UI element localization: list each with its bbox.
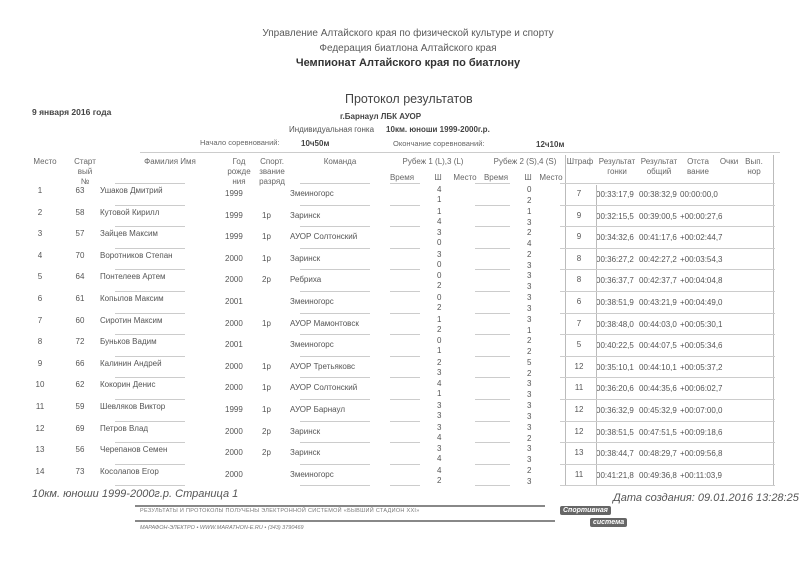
grid-line bbox=[140, 152, 780, 153]
athlete-name: Черепанов Семен bbox=[100, 445, 167, 454]
range1-shots-b: 0 bbox=[437, 260, 441, 269]
col-name: Фамилия Имя bbox=[120, 157, 220, 167]
grid-line bbox=[300, 205, 370, 206]
penalty: 13 bbox=[570, 448, 588, 457]
grid-line bbox=[115, 226, 185, 227]
race-result: 00:41:21,8 bbox=[596, 471, 634, 480]
range2-shots-b: 2 bbox=[527, 196, 531, 205]
penalty: 7 bbox=[570, 319, 588, 328]
range2-shots-b: 2 bbox=[527, 434, 531, 443]
col-range2-place: Место bbox=[536, 173, 566, 183]
grid-line bbox=[300, 356, 370, 357]
grid-line bbox=[475, 226, 510, 227]
grid-line bbox=[560, 291, 775, 292]
range1-shots-a: 3 bbox=[437, 250, 441, 259]
grid-line bbox=[475, 313, 510, 314]
team: АУОР Солтонский bbox=[290, 232, 357, 241]
event-date: 9 января 2016 года bbox=[32, 107, 111, 117]
footer-band-text: РЕЗУЛЬТАТЫ И ПРОТОКОЛЫ ПОЛУЧЕНЫ ЭЛЕКТРОН… bbox=[140, 508, 420, 514]
range1-shots-b: 0 bbox=[437, 238, 441, 247]
range1-shots-b: 2 bbox=[437, 303, 441, 312]
grid-line bbox=[300, 269, 370, 270]
total-result: 00:43:21,9 bbox=[639, 298, 677, 307]
grid-line bbox=[390, 399, 420, 400]
bib: 62 bbox=[70, 380, 90, 389]
team: Змеиногорс bbox=[290, 297, 334, 306]
athlete-name: Копылов Максим bbox=[100, 294, 164, 303]
grid-line bbox=[475, 356, 510, 357]
team: Змеиногорс bbox=[290, 189, 334, 198]
range2-shots-a: 2 bbox=[527, 336, 531, 345]
grid-line bbox=[115, 334, 185, 335]
range2-shots-b: 1 bbox=[527, 326, 531, 335]
bib: 58 bbox=[70, 208, 90, 217]
range2-shots-a: 2 bbox=[527, 228, 531, 237]
race-result: 00:38:44,7 bbox=[596, 449, 634, 458]
grid-line bbox=[300, 442, 370, 443]
grid-line bbox=[300, 248, 370, 249]
range2-shots-b: 4 bbox=[527, 239, 531, 248]
race-result: 00:38:48,0 bbox=[596, 320, 634, 329]
range2-shots-b: 3 bbox=[527, 455, 531, 464]
start-value: 10ч50м bbox=[301, 139, 329, 148]
col-gap: Отставание bbox=[680, 157, 716, 177]
range2-shots-a: 3 bbox=[527, 401, 531, 410]
grid-line bbox=[475, 334, 510, 335]
race-result: 00:36:27,2 bbox=[596, 255, 634, 264]
race-result: 00:38:51,5 bbox=[596, 428, 634, 437]
grid-line bbox=[475, 442, 510, 443]
gap: +00:06:02,7 bbox=[680, 384, 722, 393]
range2-shots-a: 3 bbox=[527, 293, 531, 302]
birth-year: 2000 bbox=[225, 470, 243, 479]
athlete-name: Зайцев Максим bbox=[100, 229, 158, 238]
sport-rank: 2р bbox=[262, 448, 271, 457]
athlete-name: Кутовой Кирилл bbox=[100, 208, 159, 217]
race-result: 00:36:32,9 bbox=[596, 406, 634, 415]
total-result: 00:41:17,6 bbox=[639, 233, 677, 242]
col-range1-place: Место bbox=[450, 173, 480, 183]
grid-line bbox=[560, 269, 775, 270]
grid-line bbox=[390, 313, 420, 314]
team: Заринск bbox=[290, 254, 320, 263]
birth-year: 2000 bbox=[225, 254, 243, 263]
grid-line bbox=[300, 421, 370, 422]
athlete-name: Шевляков Виктор bbox=[100, 402, 165, 411]
range2-shots-b: 2 bbox=[527, 347, 531, 356]
grid-line bbox=[115, 269, 185, 270]
birth-year: 2001 bbox=[225, 297, 243, 306]
birth-year: 2000 bbox=[225, 275, 243, 284]
footer-rule-bottom bbox=[135, 520, 555, 522]
grid-line bbox=[115, 399, 185, 400]
range1-shots-b: 4 bbox=[437, 433, 441, 442]
place: 1 bbox=[30, 186, 50, 195]
grid-line bbox=[560, 334, 775, 335]
place: 7 bbox=[30, 316, 50, 325]
range1-shots-b: 4 bbox=[437, 217, 441, 226]
col-bib: Стартвый№ bbox=[68, 157, 102, 187]
team: Заринск bbox=[290, 211, 320, 220]
penalty: 12 bbox=[570, 405, 588, 414]
penalty: 9 bbox=[570, 232, 588, 241]
range1-shots-b: 1 bbox=[437, 346, 441, 355]
team: АУОР Третьяковс bbox=[290, 362, 355, 371]
grid-line bbox=[560, 377, 775, 378]
place: 2 bbox=[30, 208, 50, 217]
birth-year: 1999 bbox=[225, 211, 243, 220]
end-label: Окончание соревнований: bbox=[393, 139, 485, 148]
range1-shots-a: 0 bbox=[437, 271, 441, 280]
col-year: Годрождения bbox=[225, 157, 253, 187]
team: Заринск bbox=[290, 427, 320, 436]
birth-year: 2001 bbox=[225, 340, 243, 349]
sport-rank: 1р bbox=[262, 211, 271, 220]
range1-shots-a: 4 bbox=[437, 466, 441, 475]
range1-shots-b: 2 bbox=[437, 281, 441, 290]
range2-shots-a: 5 bbox=[527, 358, 531, 367]
team: Змеиногорс bbox=[290, 340, 334, 349]
range1-shots-b: 3 bbox=[437, 411, 441, 420]
birth-year: 1999 bbox=[225, 189, 243, 198]
total-result: 00:49:36,8 bbox=[639, 471, 677, 480]
grid-line bbox=[300, 291, 370, 292]
gap: +00:04:04,8 bbox=[680, 276, 722, 285]
grid-line bbox=[475, 464, 510, 465]
penalty: 11 bbox=[570, 383, 588, 392]
range1-shots-b: 3 bbox=[437, 368, 441, 377]
col-range2: Рубеж 2 (S),4 (S) bbox=[480, 157, 570, 167]
col-range1: Рубеж 1 (L),3 (L) bbox=[388, 157, 478, 167]
col-place: Место bbox=[30, 157, 60, 167]
athlete-name: Косолапов Егор bbox=[100, 467, 159, 476]
grid-line bbox=[300, 464, 370, 465]
bib: 63 bbox=[70, 186, 90, 195]
championship-title: Чемпионат Алтайского края по биатлону bbox=[8, 57, 800, 69]
grid-line bbox=[560, 399, 775, 400]
grid-line bbox=[475, 205, 510, 206]
grid-line bbox=[390, 205, 420, 206]
footer-contact: МАРАФОН-ЭЛЕКТРО • WWW.MARATHON-E.RU • (3… bbox=[140, 525, 304, 531]
range1-shots-a: 4 bbox=[437, 379, 441, 388]
bib: 66 bbox=[70, 359, 90, 368]
race-result: 00:35:10,1 bbox=[596, 363, 634, 372]
grid-line bbox=[390, 334, 420, 335]
col-range1-time: Время bbox=[388, 173, 416, 183]
place: 11 bbox=[30, 402, 50, 411]
bib: 56 bbox=[70, 445, 90, 454]
grid-line bbox=[475, 248, 510, 249]
grid-line bbox=[300, 399, 370, 400]
range1-shots-b: 2 bbox=[437, 476, 441, 485]
federation-title: Федерация биатлона Алтайского края bbox=[8, 43, 800, 54]
range2-shots-b: 3 bbox=[527, 218, 531, 227]
grid-line bbox=[390, 464, 420, 465]
range1-shots-a: 3 bbox=[437, 423, 441, 432]
range2-shots-a: 3 bbox=[527, 315, 531, 324]
venue: г.Барнаул ЛБК АУОР bbox=[340, 112, 421, 121]
grid-line bbox=[115, 248, 185, 249]
grid-line bbox=[115, 442, 185, 443]
range1-shots-b: 4 bbox=[437, 454, 441, 463]
system-logo: Спортивная система bbox=[560, 506, 655, 536]
athlete-name: Ушаков Дмитрий bbox=[100, 186, 163, 195]
team: Ребриха bbox=[290, 275, 321, 284]
birth-year: 1999 bbox=[225, 232, 243, 241]
range2-shots-b: 3 bbox=[527, 282, 531, 291]
grid-line bbox=[475, 485, 510, 486]
col-penalty: Штраф bbox=[565, 157, 595, 167]
sport-rank: 2р bbox=[262, 427, 271, 436]
sport-rank: 1р bbox=[262, 232, 271, 241]
grid-line bbox=[560, 313, 775, 314]
birth-year: 1999 bbox=[225, 405, 243, 414]
col-range2-shots: Ш bbox=[522, 173, 534, 183]
sport-rank: 1р bbox=[262, 254, 271, 263]
place: 5 bbox=[30, 272, 50, 281]
place: 10 bbox=[30, 380, 50, 389]
penalty: 7 bbox=[570, 189, 588, 198]
total-result: 00:38:32,9 bbox=[639, 190, 677, 199]
place: 12 bbox=[30, 424, 50, 433]
race-result: 00:32:15,5 bbox=[596, 212, 634, 221]
range1-shots-a: 3 bbox=[437, 444, 441, 453]
race-type: Индивидуальная гонка bbox=[289, 125, 374, 134]
birth-year: 2000 bbox=[225, 427, 243, 436]
race-result: 00:36:37,7 bbox=[596, 276, 634, 285]
race-info: Индивидуальная гонка10км. юноши 1999-200… bbox=[289, 125, 490, 134]
range1-shots-a: 4 bbox=[437, 185, 441, 194]
grid-line bbox=[390, 183, 420, 184]
place: 13 bbox=[30, 445, 50, 454]
team: АУОР Барнаул bbox=[290, 405, 345, 414]
range1-shots-a: 3 bbox=[437, 228, 441, 237]
gap: +00:00:27,6 bbox=[680, 212, 722, 221]
sport-rank: 1р bbox=[262, 319, 271, 328]
grid-line bbox=[115, 485, 185, 486]
grid-line bbox=[560, 464, 775, 465]
grid-line bbox=[115, 205, 185, 206]
sport-rank: 1р bbox=[262, 405, 271, 414]
athlete-name: Калинин Андрей bbox=[100, 359, 162, 368]
total-result: 00:47:51,5 bbox=[639, 428, 677, 437]
range2-shots-a: 0 bbox=[527, 185, 531, 194]
grid-line bbox=[390, 377, 420, 378]
bib: 57 bbox=[70, 229, 90, 238]
grid-line bbox=[475, 377, 510, 378]
grid-line bbox=[475, 399, 510, 400]
grid-line bbox=[115, 291, 185, 292]
range2-shots-a: 2 bbox=[527, 250, 531, 259]
range1-shots-b: 1 bbox=[437, 389, 441, 398]
grid-line bbox=[115, 421, 185, 422]
total-result: 00:45:32,9 bbox=[639, 406, 677, 415]
race-result: 00:40:22,5 bbox=[596, 341, 634, 350]
gap: +00:07:00,0 bbox=[680, 406, 722, 415]
range1-shots-a: 1 bbox=[437, 207, 441, 216]
logo-top-text: Спортивная bbox=[560, 506, 611, 515]
range1-shots-b: 2 bbox=[437, 325, 441, 334]
grid-line bbox=[300, 313, 370, 314]
gap: +00:03:54,3 bbox=[680, 255, 722, 264]
total-result: 00:44:03,0 bbox=[639, 320, 677, 329]
grid-line bbox=[560, 485, 775, 486]
col-range1-shots: Ш bbox=[432, 173, 444, 183]
place: 4 bbox=[30, 251, 50, 260]
col-points: Очки bbox=[717, 157, 741, 167]
athlete-name: Понтелеев Артем bbox=[100, 272, 166, 281]
range1-shots-a: 3 bbox=[437, 401, 441, 410]
penalty: 6 bbox=[570, 297, 588, 306]
place: 6 bbox=[30, 294, 50, 303]
range2-shots-a: 1 bbox=[527, 207, 531, 216]
gap: +00:11:03,9 bbox=[680, 471, 722, 480]
grid-line bbox=[390, 421, 420, 422]
total-result: 00:39:00,5 bbox=[639, 212, 677, 221]
grid-line bbox=[475, 291, 510, 292]
race-category: 10км. юноши 1999-2000г.р. bbox=[386, 125, 490, 134]
range1-shots-a: 0 bbox=[437, 336, 441, 345]
grid-line bbox=[300, 485, 370, 486]
range1-shots-b: 1 bbox=[437, 195, 441, 204]
range2-shots-b: 3 bbox=[527, 304, 531, 313]
range2-shots-a: 3 bbox=[527, 379, 531, 388]
page-label: 10км. юноши 1999-2000г.р. Страница 1 bbox=[32, 488, 238, 500]
grid-line bbox=[115, 377, 185, 378]
sport-rank: 1р bbox=[262, 383, 271, 392]
sport-rank: 1р bbox=[262, 362, 271, 371]
footer-rule-top bbox=[135, 505, 545, 507]
grid-line bbox=[390, 269, 420, 270]
total-result: 00:48:29,7 bbox=[639, 449, 677, 458]
grid-line bbox=[560, 421, 775, 422]
race-result: 00:36:20,6 bbox=[596, 384, 634, 393]
org-title: Управление Алтайского края по физической… bbox=[8, 28, 800, 39]
grid-line bbox=[475, 421, 510, 422]
grid-line bbox=[475, 269, 510, 270]
place: 14 bbox=[30, 467, 50, 476]
col-range2-time: Время bbox=[482, 173, 510, 183]
range1-shots-a: 0 bbox=[437, 293, 441, 302]
grid-line bbox=[115, 313, 185, 314]
grid-line bbox=[475, 183, 510, 184]
gap: 00:00:00,0 bbox=[680, 190, 718, 199]
penalty: 11 bbox=[570, 470, 588, 479]
range2-shots-a: 2 bbox=[527, 466, 531, 475]
grid-line bbox=[390, 442, 420, 443]
race-result: 00:38:51,9 bbox=[596, 298, 634, 307]
race-result: 00:33:17,9 bbox=[596, 190, 634, 199]
gap: +00:09:56,8 bbox=[680, 449, 722, 458]
grid-line bbox=[115, 183, 185, 184]
col-norm: Вып.нор bbox=[742, 157, 766, 177]
bib: 70 bbox=[70, 251, 90, 260]
logo-bottom-text: система bbox=[590, 518, 627, 527]
penalty: 12 bbox=[570, 427, 588, 436]
grid-line bbox=[390, 248, 420, 249]
team: АУОР Солтонский bbox=[290, 383, 357, 392]
team: Змеиногорс bbox=[290, 470, 334, 479]
gap: +00:02:44,7 bbox=[680, 233, 722, 242]
penalty: 12 bbox=[570, 362, 588, 371]
range2-shots-a: 3 bbox=[527, 444, 531, 453]
grid-line bbox=[390, 356, 420, 357]
range2-shots-b: 3 bbox=[527, 477, 531, 486]
gap: +00:05:37,2 bbox=[680, 363, 722, 372]
penalty: 8 bbox=[570, 275, 588, 284]
gap: +00:05:30,1 bbox=[680, 320, 722, 329]
birth-year: 2000 bbox=[225, 383, 243, 392]
sport-rank: 2р bbox=[262, 275, 271, 284]
col-team: Команда bbox=[300, 157, 380, 167]
range2-shots-a: 3 bbox=[527, 271, 531, 280]
penalty: 5 bbox=[570, 340, 588, 349]
total-result: 00:44:35,6 bbox=[639, 384, 677, 393]
bib: 69 bbox=[70, 424, 90, 433]
birth-year: 2000 bbox=[225, 362, 243, 371]
created-date: Дата создания: 09.01.2016 13:28:25 bbox=[613, 492, 799, 504]
athlete-name: Воротников Степан bbox=[100, 251, 173, 260]
place: 3 bbox=[30, 229, 50, 238]
bib: 72 bbox=[70, 337, 90, 346]
range2-shots-b: 3 bbox=[527, 390, 531, 399]
birth-year: 2000 bbox=[225, 319, 243, 328]
grid-line bbox=[115, 356, 185, 357]
bib: 61 bbox=[70, 294, 90, 303]
range2-shots-b: 3 bbox=[527, 261, 531, 270]
start-label: Начало соревнований: bbox=[200, 138, 280, 147]
grid-line bbox=[560, 183, 775, 184]
gap: +00:09:18,6 bbox=[680, 428, 722, 437]
total-result: 00:44:07,5 bbox=[639, 341, 677, 350]
team: АУОР Мамонтовск bbox=[290, 319, 359, 328]
grid-line bbox=[390, 226, 420, 227]
race-result: 00:34:32,6 bbox=[596, 233, 634, 242]
penalty: 8 bbox=[570, 254, 588, 263]
birth-year: 2000 bbox=[225, 448, 243, 457]
range2-shots-b: 3 bbox=[527, 412, 531, 421]
range1-shots-a: 2 bbox=[437, 358, 441, 367]
total-result: 00:42:27,2 bbox=[639, 255, 677, 264]
col-total-result: Результатобщий bbox=[638, 157, 680, 177]
grid-line bbox=[300, 226, 370, 227]
grid-line bbox=[390, 485, 420, 486]
penalty: 9 bbox=[570, 211, 588, 220]
col-rank: Спорт.званиеразряд bbox=[255, 157, 289, 187]
grid-line bbox=[560, 442, 775, 443]
protocol-title: Протокол результатов bbox=[345, 92, 473, 106]
place: 8 bbox=[30, 337, 50, 346]
bib: 64 bbox=[70, 272, 90, 281]
gap: +00:05:34,6 bbox=[680, 341, 722, 350]
team: Заринск bbox=[290, 448, 320, 457]
total-result: 00:44:10,1 bbox=[639, 363, 677, 372]
grid-line bbox=[560, 248, 775, 249]
range2-shots-b: 2 bbox=[527, 369, 531, 378]
bib: 59 bbox=[70, 402, 90, 411]
range1-shots-a: 1 bbox=[437, 315, 441, 324]
grid-line bbox=[560, 226, 775, 227]
grid-line bbox=[300, 334, 370, 335]
col-race-result: Результатгонки bbox=[596, 157, 638, 177]
athlete-name: Кокорин Денис bbox=[100, 380, 155, 389]
range2-shots-a: 3 bbox=[527, 423, 531, 432]
bib: 73 bbox=[70, 467, 90, 476]
grid-line bbox=[300, 377, 370, 378]
end-value: 12ч10м bbox=[536, 140, 564, 149]
grid-line bbox=[560, 356, 775, 357]
bib: 60 bbox=[70, 316, 90, 325]
